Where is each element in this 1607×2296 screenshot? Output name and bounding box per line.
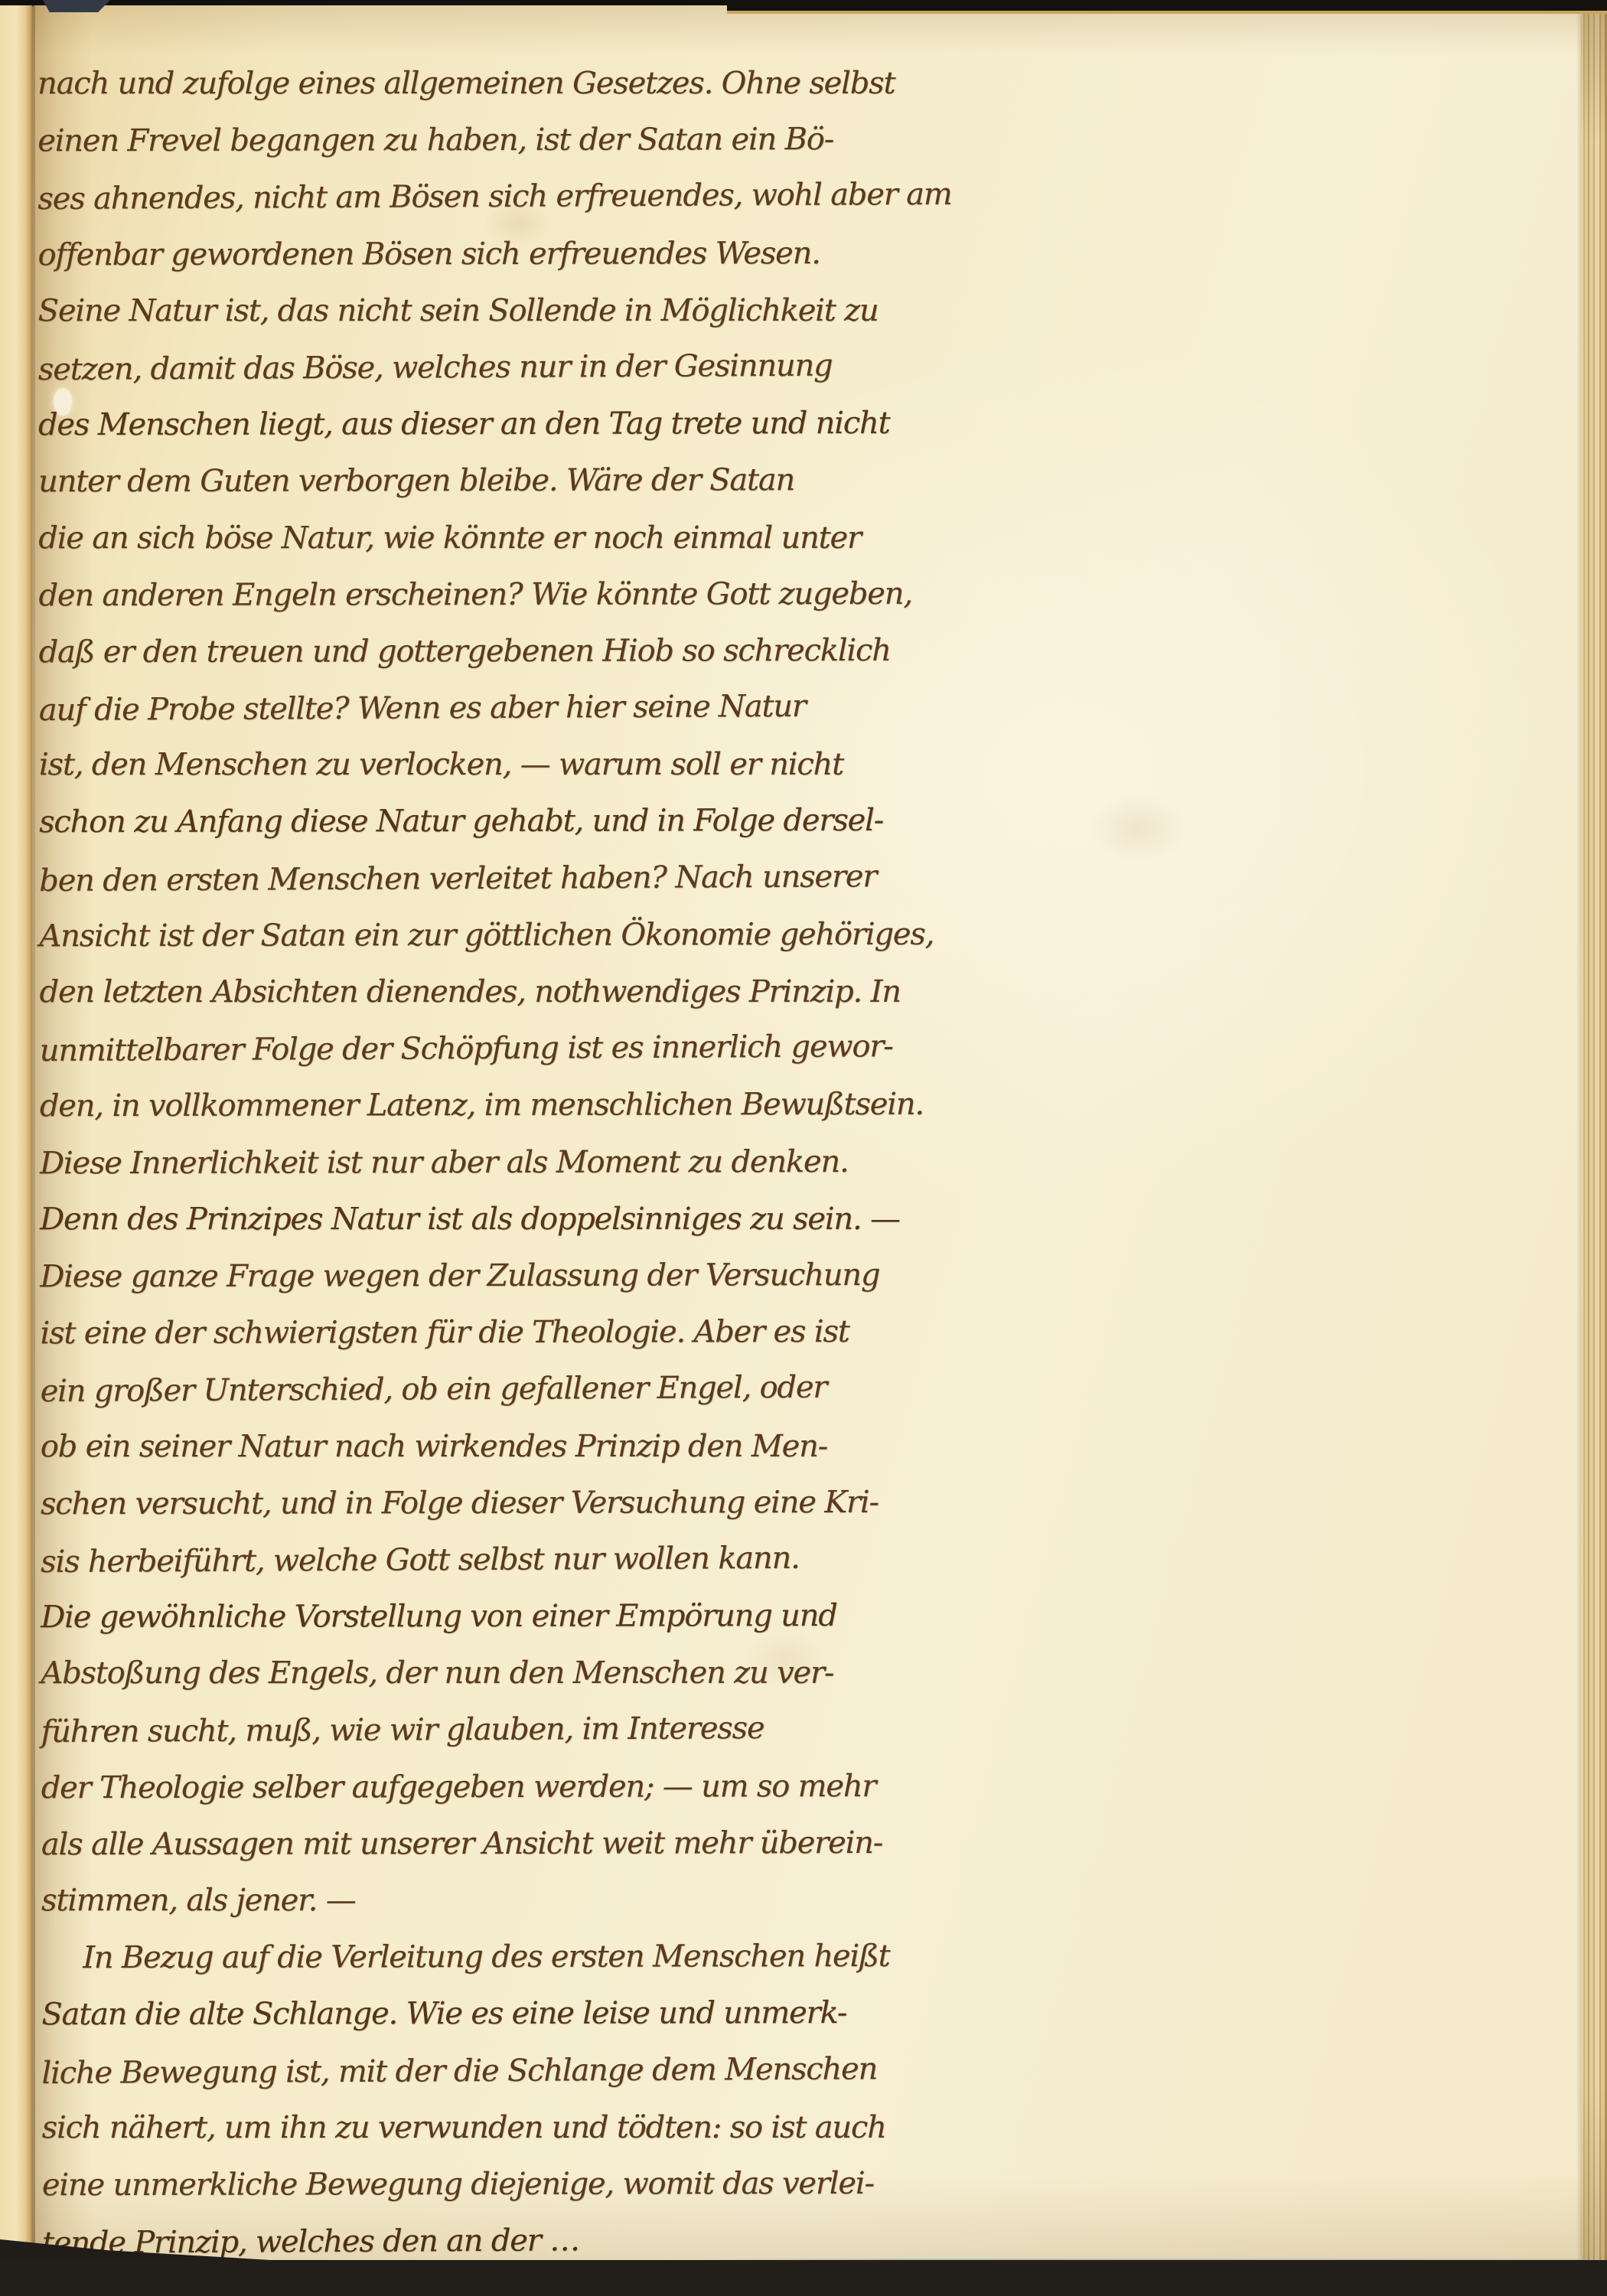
manuscript-line: einen Frevel begangen zu haben, ist der … [37,111,925,170]
manuscript-page: nach und zufolge eines allgemeinen Geset… [32,5,1581,2262]
manuscript-line: ist, den Menschen zu verlocken, — warum … [39,736,927,794]
manuscript-line: ein großer Unterschied, ob ein gefallene… [40,1358,927,1420]
manuscript-line: ses ahnendes, nicht am Bösen sich erfreu… [37,166,925,227]
book-fore-edge [1581,7,1607,2265]
manuscript-line: sis herbeiführt, welche Gott selbst nur … [41,1529,928,1590]
manuscript-line: unter dem Guten verborgen bleibe. Wäre d… [38,452,926,510]
manuscript-line: Seine Natur ist, das nicht sein Sollende… [38,282,926,340]
manuscript-line: nach und zufolge eines allgemeinen Geset… [37,55,925,113]
manuscript-line: ob ein seiner Natur nach wirkendes Prinz… [41,1417,928,1475]
manuscript-line: den letzten Absichten dienendes, nothwen… [40,964,927,1021]
manuscript-line: In Bezug auf die Verleitung des ersten M… [41,1928,929,1987]
manuscript-line: sich nähert, um ihn zu verwunden und töd… [42,2099,930,2157]
manuscript-line: Abstoßung des Engels, der nun den Mensch… [41,1645,928,1702]
manuscript-line: die an sich böse Natur, wie könnte er no… [38,509,926,566]
manuscript-line: liche Bewegung ist, mit der die Schlange… [41,2040,929,2102]
manuscript-line: Die gewöhnliche Vorstellung von einer Em… [41,1587,928,1646]
manuscript-line: offenbar gewordenen Bösen sich erfreuend… [37,224,925,283]
paper-stain [1088,794,1188,863]
manuscript-line: als alle Aussagen mit unserer Ansicht we… [41,1815,929,1874]
manuscript-line: Satan die alte Schlange. Wie es eine lei… [41,1985,929,2043]
manuscript-line: schon zu Anfang diese Natur gehabt, und … [39,792,927,851]
adjacent-page-edge [0,3,32,2261]
handwritten-text: nach und zufolge eines allgemeinen Geset… [37,54,930,2271]
book-photograph: nach und zufolge eines allgemeinen Geset… [0,0,1607,2296]
manuscript-line: ist eine der schwierigsten für die Theol… [40,1303,927,1362]
photo-bottom-edge [0,2260,1607,2296]
manuscript-line: daß er den treuen und gottergebenen Hiob… [39,622,927,681]
manuscript-line: stimmen, als jener. — [41,1872,929,1929]
manuscript-line: den anderen Engeln erscheinen? Wie könnt… [38,565,926,624]
manuscript-line: führen sucht, muß, wie wir glauben, im I… [41,1699,928,1760]
manuscript-line: Ansicht ist der Satan ein zur göttlichen… [39,906,927,965]
manuscript-line: Diese Innerlichkeit ist nur aber als Mom… [40,1133,927,1192]
manuscript-line: unmittelbarer Folge der Schöpfung ist es… [40,1018,927,1079]
manuscript-line: schen versucht, und in Folge dieser Vers… [41,1473,928,1532]
manuscript-line: Denn des Prinzipes Natur ist als doppels… [40,1191,927,1248]
manuscript-line: den, in vollkommener Latenz, im menschli… [40,1076,927,1135]
book-top-edge [727,0,1607,14]
photo-top-edge [0,0,733,5]
manuscript-line: eine unmerkliche Bewegung diejenige, wom… [42,2155,930,2214]
manuscript-line: des Menschen liegt, aus dieser an den Ta… [38,395,926,454]
manuscript-line: Diese ganze Frage wegen der Zulassung de… [40,1247,927,1306]
manuscript-line: der Theologie selber aufgegeben werden; … [41,1757,929,1816]
manuscript-line: ben den ersten Menschen verleitet haben?… [39,848,927,909]
manuscript-line: auf die Probe stellte? Wenn es aber hier… [39,677,927,739]
manuscript-line: setzen, damit das Böse, welches nur in d… [38,337,926,398]
